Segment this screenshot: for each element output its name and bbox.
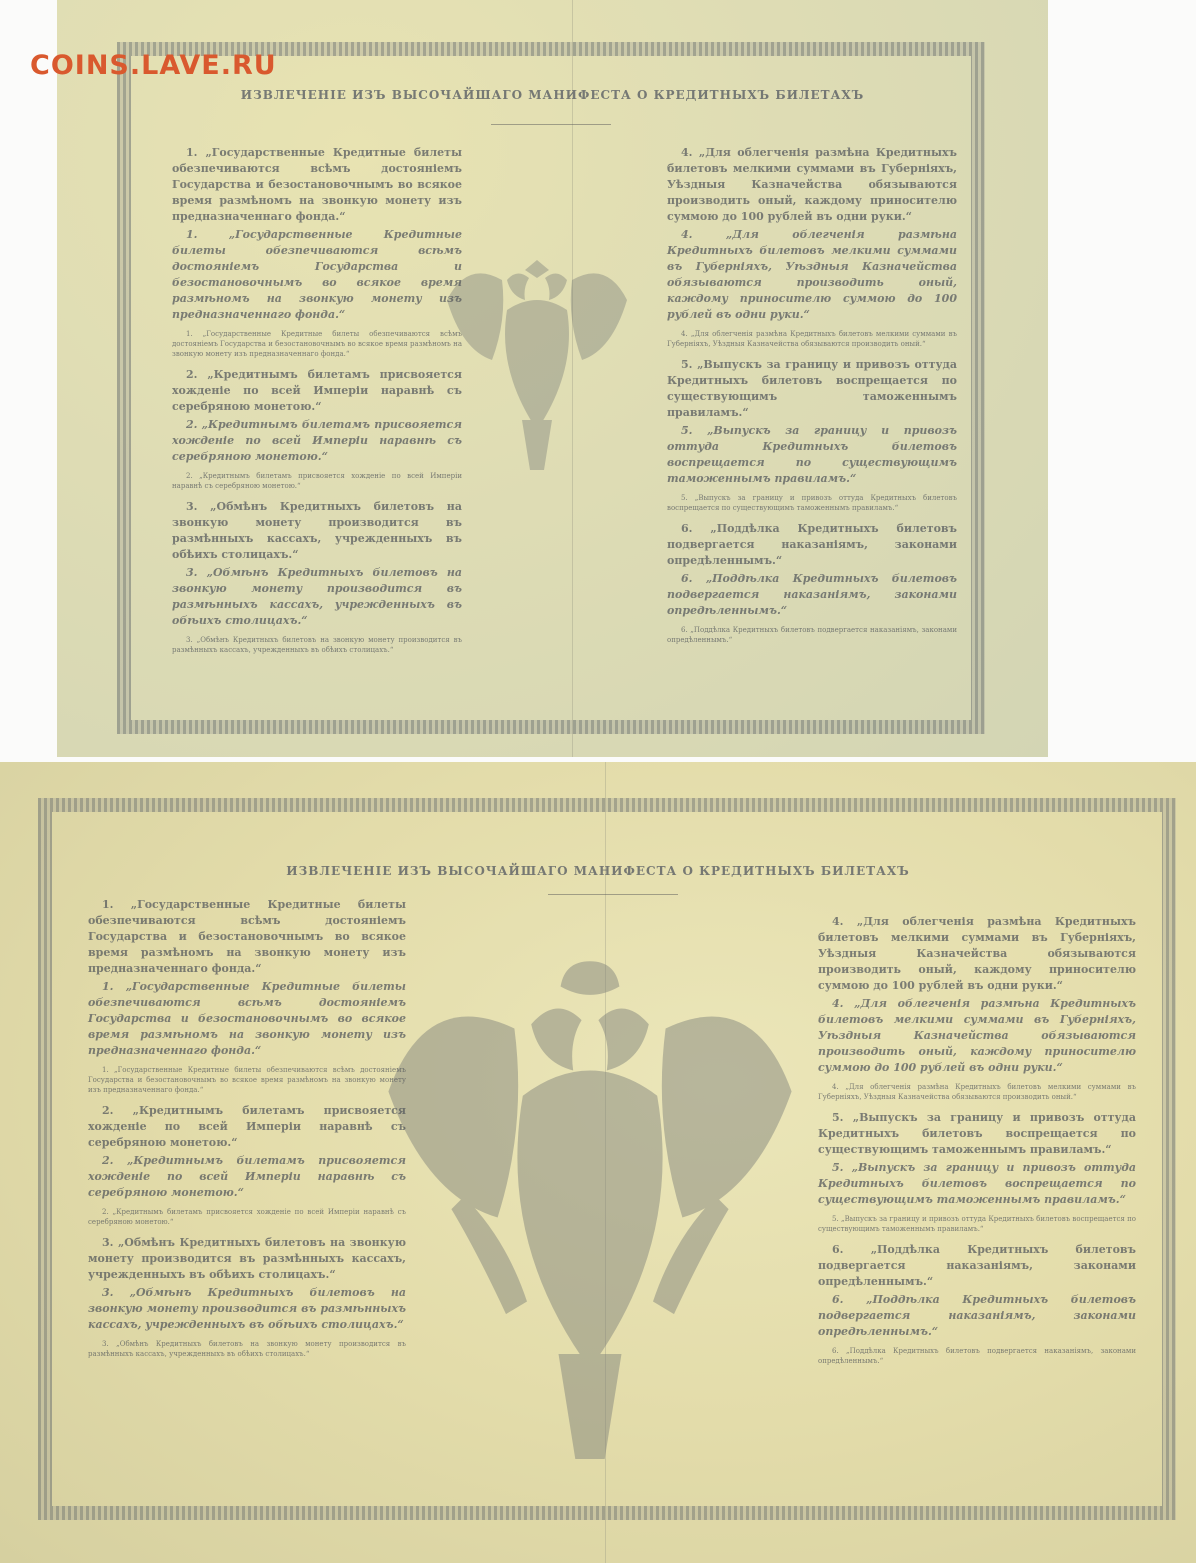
article-4-italic: 4. „Для облегченія размѣна Кредитныхъ би… <box>667 227 957 323</box>
article-4: 4. „Для облегченія размѣна Кредитныхъ би… <box>818 914 1136 994</box>
article-4: 4. „Для облегченія размѣна Кредитныхъ би… <box>667 145 957 225</box>
article-5-small: 5. „Выпускъ за границу и привозъ оттуда … <box>667 493 957 513</box>
title-rule <box>491 124 611 125</box>
article-2-small: 2. „Кредитнымъ билетамъ присвояется хожд… <box>88 1207 406 1227</box>
manifesto-title: ИЗВЛЕЧЕНІЕ ИЗЪ ВЫСОЧАЙШАГО МАНИФЕСТА О К… <box>57 88 1048 102</box>
article-3-small: 3. „Обмѣнъ Кредитныхъ билетовъ на звонку… <box>88 1339 406 1359</box>
article-4-italic: 4. „Для облегченія размѣна Кредитныхъ би… <box>818 996 1136 1076</box>
article-3-italic: 3. „Обмѣнъ Кредитныхъ билетовъ на звонку… <box>172 565 462 629</box>
article-5-small: 5. „Выпускъ за границу и привозъ оттуда … <box>818 1214 1136 1234</box>
article-1: 1. „Государственные Кредитные билеты обе… <box>88 897 406 977</box>
article-2: 2. „Кредитнымъ билетамъ присвояется хожд… <box>172 367 462 415</box>
manifesto-title: ИЗВЛЕЧЕНІЕ ИЗЪ ВЫСОЧАЙШАГО МАНИФЕСТА О К… <box>0 864 1196 878</box>
article-3: 3. „Обмѣнъ Кредитныхъ билетовъ на звонку… <box>172 499 462 563</box>
lower-banknote: ИЗВЛЕЧЕНІЕ ИЗЪ ВЫСОЧАЙШАГО МАНИФЕСТА О К… <box>0 762 1196 1563</box>
article-2-small: 2. „Кредитнымъ билетамъ присвояется хожд… <box>172 471 462 491</box>
manifesto-right-column: 4. „Для облегченія размѣна Кредитныхъ би… <box>667 145 957 653</box>
article-3-small: 3. „Обмѣнъ Кредитныхъ билетовъ на звонку… <box>172 635 462 655</box>
article-5-italic: 5. „Выпускъ за границу и привозъ оттуда … <box>667 423 957 487</box>
article-6-small: 6. „Поддѣлка Кредитныхъ билетовъ подверг… <box>667 625 957 645</box>
article-5-italic: 5. „Выпускъ за границу и привозъ оттуда … <box>818 1160 1136 1208</box>
article-1-italic: 1. „Государственные Кредитные билеты обе… <box>88 979 406 1059</box>
article-5: 5. „Выпускъ за границу и привозъ оттуда … <box>667 357 957 421</box>
article-1: 1. „Государственные Кредитные билеты обе… <box>172 145 462 225</box>
article-6-small: 6. „Поддѣлка Кредитныхъ билетовъ подверг… <box>818 1346 1136 1366</box>
article-5: 5. „Выпускъ за границу и привозъ оттуда … <box>818 1110 1136 1158</box>
manifesto-left-column: 1. „Государственные Кредитные билеты обе… <box>88 897 406 1367</box>
article-1-small: 1. „Государственные Кредитные билеты обе… <box>88 1065 406 1095</box>
article-6: 6. „Поддѣлка Кредитныхъ билетовъ подверг… <box>667 521 957 569</box>
article-2: 2. „Кредитнымъ билетамъ присвояется хожд… <box>88 1103 406 1151</box>
manifesto-left-column: 1. „Государственные Кредитные билеты обе… <box>172 145 462 663</box>
article-2-italic: 2. „Кредитнымъ билетамъ присвояется хожд… <box>172 417 462 465</box>
site-watermark: COINS.LAVE.RU <box>30 50 277 81</box>
article-3-italic: 3. „Обмѣнъ Кредитныхъ билетовъ на звонку… <box>88 1285 406 1333</box>
upper-banknote: ИЗВЛЕЧЕНІЕ ИЗЪ ВЫСОЧАЙШАГО МАНИФЕСТА О К… <box>57 0 1048 757</box>
article-2-italic: 2. „Кредитнымъ билетамъ присвояется хожд… <box>88 1153 406 1201</box>
double-headed-eagle-icon <box>380 927 800 1487</box>
article-1-small: 1. „Государственные Кредитные билеты обе… <box>172 329 462 359</box>
double-headed-eagle-icon <box>437 240 637 490</box>
title-rule <box>548 894 678 895</box>
article-1-italic: 1. „Государственные Кредитные билеты обе… <box>172 227 462 323</box>
article-3: 3. „Обмѣнъ Кредитныхъ билетовъ на звонку… <box>88 1235 406 1283</box>
article-6-italic: 6. „Поддѣлка Кредитныхъ билетовъ подверг… <box>818 1292 1136 1340</box>
article-4-small: 4. „Для облегченія размѣна Кредитныхъ би… <box>818 1082 1136 1102</box>
article-6-italic: 6. „Поддѣлка Кредитныхъ билетовъ подверг… <box>667 571 957 619</box>
manifesto-right-column: 4. „Для облегченія размѣна Кредитныхъ би… <box>818 914 1136 1374</box>
article-4-small: 4. „Для облегченія размѣна Кредитныхъ би… <box>667 329 957 349</box>
article-6: 6. „Поддѣлка Кредитныхъ билетовъ подверг… <box>818 1242 1136 1290</box>
